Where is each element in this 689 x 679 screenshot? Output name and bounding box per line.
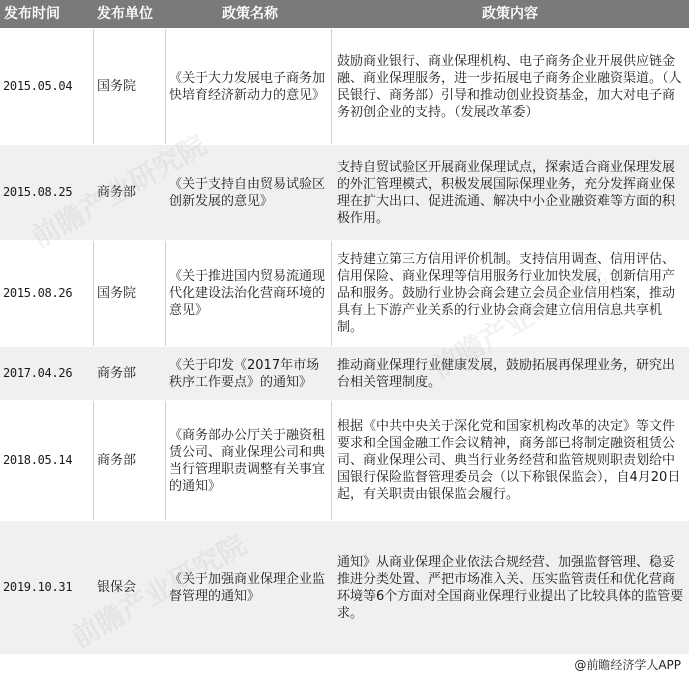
table-row: 2017.04.26 商务部 《关于印发《2017年市场秩序工作要点》的通知》 …	[0, 347, 689, 400]
cell-name: 《关于大力发展电子商务加快培育经济新动力的意见》	[165, 29, 331, 144]
cell-content: 支持建立第三方信用评价机制。支持信用调查、信用评估、信用保险、商业保理等信用服务…	[331, 241, 689, 346]
cell-content: 通知》从商业保理企业依法合规经营、加强监督管理、稳妥推进分类处置、严把市场准入关…	[331, 521, 689, 654]
cell-name: 《关于印发《2017年市场秩序工作要点》的通知》	[165, 347, 331, 400]
cell-name: 《关于支持自由贸易试验区创新发展的意见》	[165, 145, 331, 240]
table-header: 发布时间 发布单位 政策名称 政策内容	[0, 0, 689, 28]
header-unit: 发布单位	[97, 0, 153, 28]
cell-date: 2015.08.26	[0, 241, 93, 346]
table-row: 2015.08.26 国务院 《关于推进国内贸易流通现代化建设法治化营商环境的意…	[0, 241, 689, 346]
header-date: 发布时间	[4, 0, 60, 28]
cell-unit: 商务部	[93, 145, 165, 240]
cell-unit: 商务部	[93, 347, 165, 400]
cell-date: 2019.10.31	[0, 521, 93, 654]
table-row: 2015.05.04 国务院 《关于大力发展电子商务加快培育经济新动力的意见》 …	[0, 29, 689, 144]
cell-date: 2015.05.04	[0, 29, 93, 144]
cell-unit: 国务院	[93, 241, 165, 346]
cell-unit: 银保会	[93, 521, 165, 654]
cell-unit: 国务院	[93, 29, 165, 144]
cell-name: 《商务部办公厅关于融资租赁公司、商业保理公司和典当行管理职责调整有关事宜的通知》	[165, 401, 331, 520]
table-row: 2019.10.31 银保会 《关于加强商业保理企业监督管理的通知》 通知》从商…	[0, 521, 689, 654]
cell-content: 推动商业保理行业健康发展，鼓励拓展再保理业务，研究出台相关管理制度。	[331, 347, 689, 400]
source-credit: @前瞻经济学人APP	[574, 657, 681, 673]
cell-name: 《关于推进国内贸易流通现代化建设法治化营商环境的意见》	[165, 241, 331, 346]
header-content: 政策内容	[482, 0, 538, 28]
cell-content: 鼓励商业银行、商业保理机构、电子商务企业开展供应链金融、商业保理服务，进一步拓展…	[331, 29, 689, 144]
table-row: 2015.08.25 商务部 《关于支持自由贸易试验区创新发展的意见》 支持自贸…	[0, 145, 689, 240]
cell-name: 《关于加强商业保理企业监督管理的通知》	[165, 521, 331, 654]
cell-date: 2017.04.26	[0, 347, 93, 400]
cell-date: 2015.08.25	[0, 145, 93, 240]
cell-date: 2018.05.14	[0, 401, 93, 520]
header-name: 政策名称	[222, 0, 278, 28]
table-row: 2018.05.14 商务部 《商务部办公厅关于融资租赁公司、商业保理公司和典当…	[0, 401, 689, 520]
cell-content: 根据《中共中央关于深化党和国家机构改革的决定》等文件要求和全国金融工作会议精神，…	[331, 401, 689, 520]
cell-unit: 商务部	[93, 401, 165, 520]
cell-content: 支持自贸试验区开展商业保理试点，探索适合商业保理发展的外汇管理模式，积极发展国际…	[331, 145, 689, 240]
